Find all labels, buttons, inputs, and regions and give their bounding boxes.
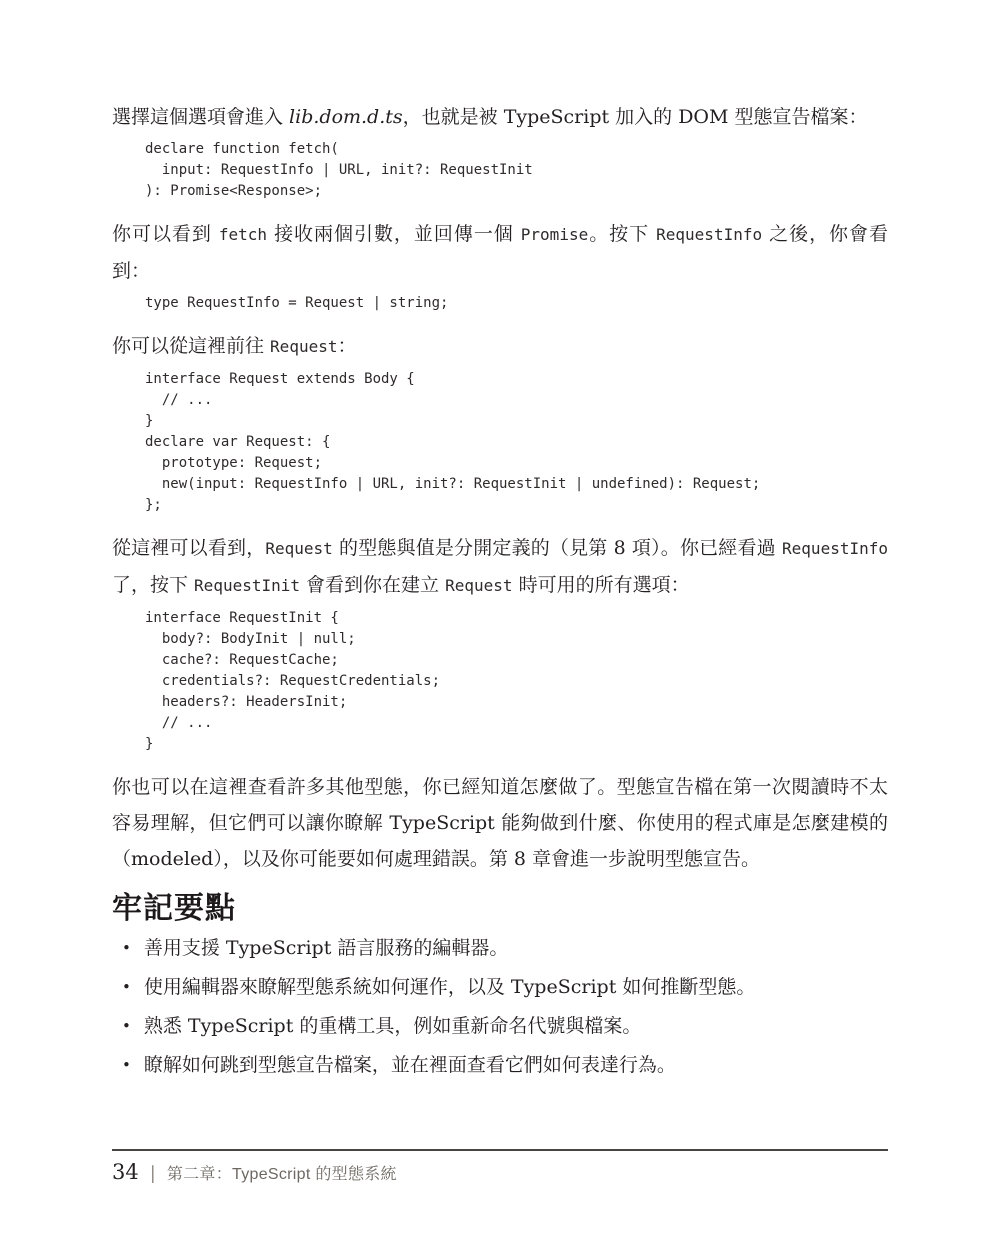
inline-code: fetch <box>219 225 267 244</box>
code-block: type RequestInfo = Request | string; <box>145 293 888 314</box>
text-run: 會看到你在建立 <box>300 574 445 596</box>
book-page: 選擇這個選項會進入 lib.dom.d.ts，也就是被 TypeScript 加… <box>0 0 1000 1243</box>
key-point-item: •善用支援 TypeScript 語言服務的編輯器。 <box>112 937 888 959</box>
bullet-marker: • <box>122 1015 131 1037</box>
code-block: declare function fetch( input: RequestIn… <box>145 139 888 202</box>
key-point-text: 熟悉 TypeScript 的重構工具，例如重新命名代號與檔案。 <box>144 1015 642 1037</box>
text-run: 時可用的所有選項： <box>513 574 690 596</box>
text-run: 。按下 <box>588 223 656 245</box>
body-paragraph: 你可以從這裡前往 Request： <box>112 328 888 365</box>
page-number: 34 <box>112 1160 139 1184</box>
text-run: 你可以從這裡前往 <box>112 335 270 357</box>
key-points-heading: 牢記要點 <box>112 889 888 929</box>
inline-code: RequestInfo <box>656 225 762 244</box>
key-point-item: •瞭解如何跳到型態宣告檔案，並在裡面查看它們如何表達行為。 <box>112 1054 888 1076</box>
inline-code: RequestInit <box>194 576 300 595</box>
text-run: ，也就是被 TypeScript 加入的 DOM 型態宣告檔案： <box>403 106 868 128</box>
text-run: 接收兩個引數，並回傳一個 <box>267 223 521 245</box>
bullet-marker: • <box>122 937 131 959</box>
inline-code: Request <box>270 337 337 356</box>
body-paragraph: 你可以看到 fetch 接收兩個引數，並回傳一個 Promise。按下 Requ… <box>112 216 888 289</box>
key-point-item: •使用編輯器來瞭解型態系統如何運作，以及 TypeScript 如何推斷型態。 <box>112 976 888 998</box>
code-block: interface Request extends Body { // ... … <box>145 369 888 516</box>
key-point-item: •熟悉 TypeScript 的重構工具，例如重新命名代號與檔案。 <box>112 1015 888 1037</box>
inline-code: RequestInfo <box>782 539 888 558</box>
key-points-list: •善用支援 TypeScript 語言服務的編輯器。•使用編輯器來瞭解型態系統如… <box>112 937 888 1076</box>
code-block: interface RequestInit { body?: BodyInit … <box>145 608 888 755</box>
text-run: 從這裡可以看到， <box>112 537 265 559</box>
text-run: 你可以看到 <box>112 223 219 245</box>
inline-code: Request <box>265 539 332 558</box>
body-paragraph: 你也可以在這裡查看許多其他型態，你已經知道怎麼做了。型態宣告檔在第一次閱讀時不太… <box>112 769 888 877</box>
body-paragraph: 選擇這個選項會進入 lib.dom.d.ts，也就是被 TypeScript 加… <box>112 99 888 135</box>
page-footer: 34 | 第二章：TypeScript 的型態系統 <box>112 1149 888 1184</box>
body-blocks: 選擇這個選項會進入 lib.dom.d.ts，也就是被 TypeScript 加… <box>112 99 888 877</box>
bullet-marker: • <box>122 1054 131 1076</box>
text-run: 你也可以在這裡查看許多其他型態，你已經知道怎麼做了。型態宣告檔在第一次閱讀時不太… <box>112 776 888 870</box>
text-run: 了，按下 <box>112 574 194 596</box>
text-run: ： <box>337 335 356 357</box>
body-paragraph: 從這裡可以看到，Request 的型態與值是分開定義的（見第 8 項）。你已經看… <box>112 530 888 604</box>
inline-code: Request <box>445 576 512 595</box>
key-point-text: 瞭解如何跳到型態宣告檔案，並在裡面查看它們如何表達行為。 <box>144 1054 676 1076</box>
key-point-text: 使用編輯器來瞭解型態系統如何運作，以及 TypeScript 如何推斷型態。 <box>144 976 756 998</box>
footer-divider: | <box>150 1163 156 1184</box>
filename-italic: lib.dom.d.ts <box>289 106 403 128</box>
text-run: 選擇這個選項會進入 <box>112 106 289 128</box>
text-run: 的型態與值是分開定義的（見第 8 項）。你已經看過 <box>333 537 782 559</box>
chapter-title: 第二章：TypeScript 的型態系統 <box>167 1161 397 1184</box>
bullet-marker: • <box>122 976 131 998</box>
key-point-text: 善用支援 TypeScript 語言服務的編輯器。 <box>144 937 509 959</box>
inline-code: Promise <box>521 225 588 244</box>
